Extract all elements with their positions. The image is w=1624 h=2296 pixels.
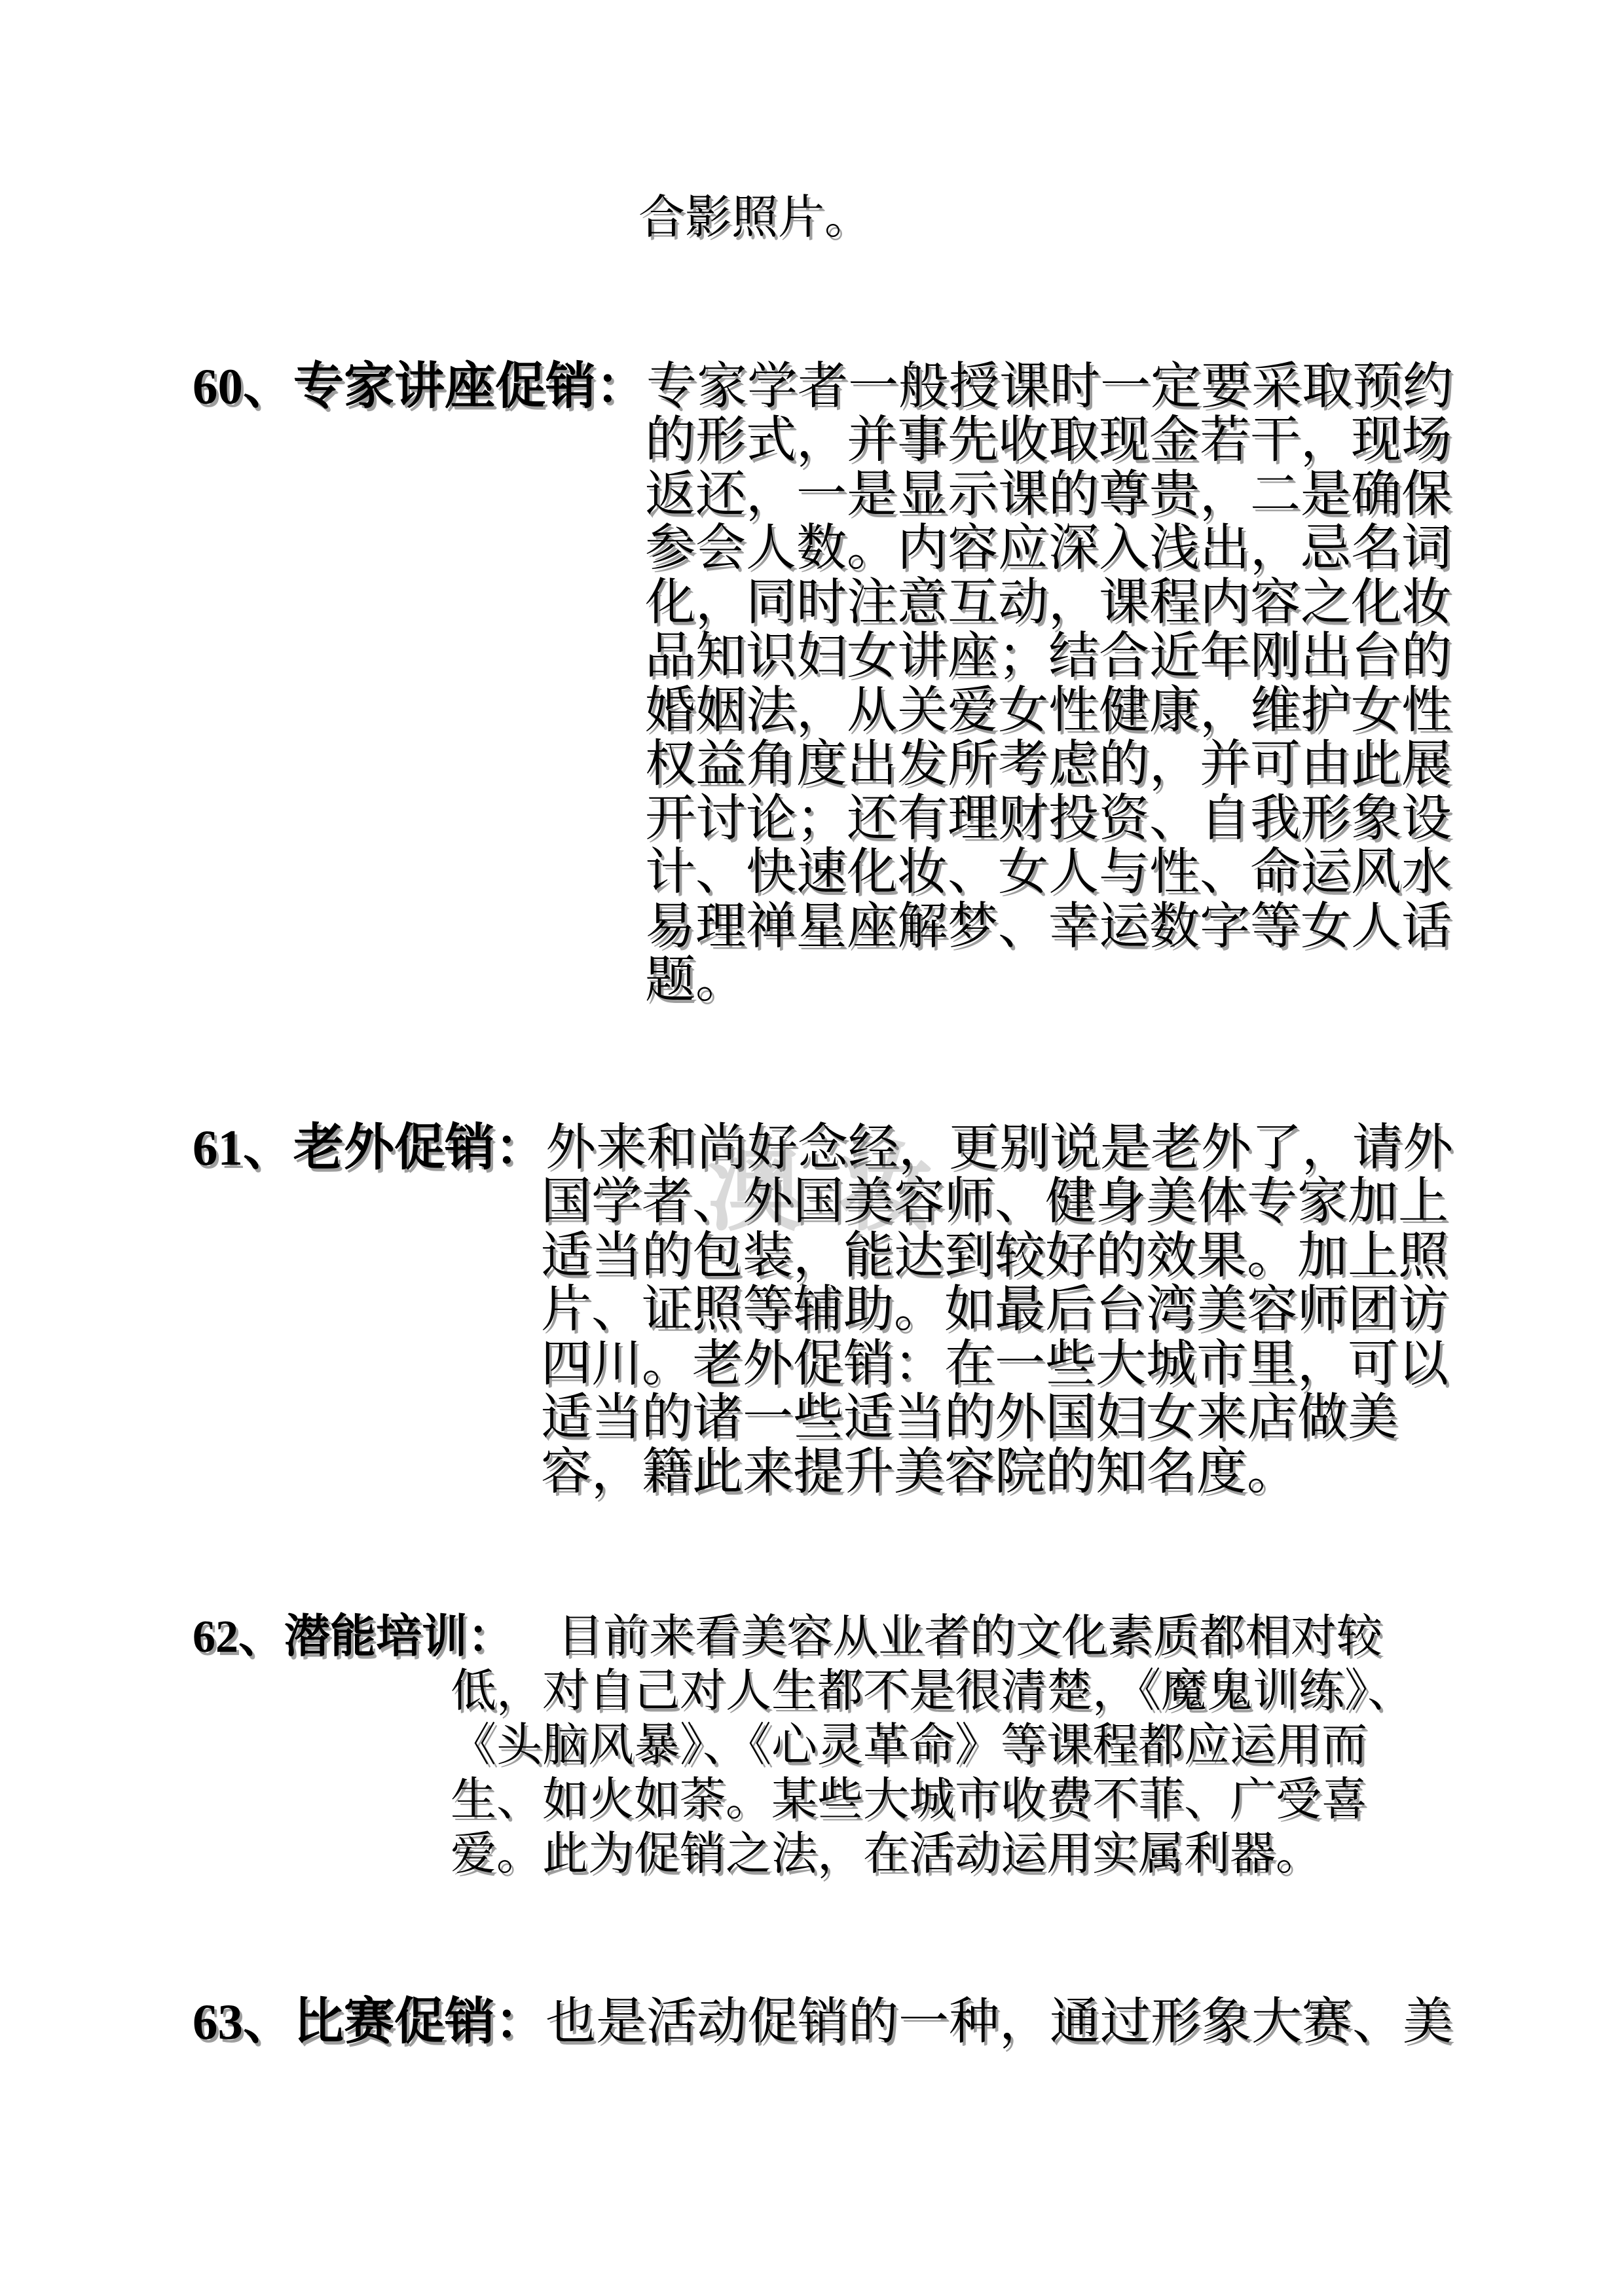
item-60-body-line: 题。 — [645, 955, 746, 1006]
item-60-body-line: 的形式，并事先收取现金若干，现场 — [645, 415, 1452, 465]
item-61-body-line: 适当的包装，能达到较好的效果。加上照 — [541, 1231, 1449, 1281]
item-60-body-line: 专家学者一般授课时一定要采取预约 — [646, 358, 1453, 414]
item-60-body-line: 参会人数。内容应深入浅出，忌名词 — [645, 523, 1452, 574]
item-60-number: 60、 — [193, 358, 293, 414]
item-60-body-line: 权益角度出发所考虑的，并可由此展 — [645, 739, 1452, 790]
item-63-label: 比赛促销： — [293, 1994, 545, 2050]
item-61-body-line: 四川。老外促销：在一些大城市里，可以 — [541, 1339, 1449, 1389]
item-62-body-line: 低，对自己对人生都不是很清楚，《魔鬼训练》、 — [451, 1669, 1413, 1715]
document-page: 澳妆 合影照片。 60、专家讲座促销：专家学者一般授课时一定要采取预约 的形式，… — [0, 0, 1624, 2296]
item-60-body-line: 易理禅星座解梦、幸运数字等女人话 — [645, 902, 1452, 952]
item-62-body-line: 《头脑风暴》、《心灵革命》等课程都应运用而 — [451, 1723, 1367, 1769]
item-62-heading-line: 62、潜能培训：目前来看美容从业者的文化素质都相对较 — [193, 1614, 1382, 1660]
item-60-body-line: 婚姻法，从关爱女性健康，维护女性 — [645, 685, 1452, 736]
item-62-number: 62、 — [193, 1612, 284, 1662]
item-60-body-line: 化，同时注意互动，课程内容之化妆 — [645, 577, 1452, 628]
paragraph-continuation-line: 合影照片。 — [638, 195, 871, 242]
item-63-heading-line: 63、比赛促销：也是活动促销的一种，通过形象大赛、美 — [193, 1997, 1453, 2047]
item-61-body-line: 片、证照等辅助。如最后台湾美容师团访 — [541, 1285, 1449, 1335]
item-61-body-line: 容，籍此来提升美容院的知名度。 — [541, 1447, 1297, 1497]
item-61-body-line: 适当的诸一些适当的外国妇女来店做美 — [541, 1393, 1398, 1443]
item-60-body-line: 计、快速化妆、女人与性、命运风水 — [645, 847, 1452, 898]
item-62-body-line: 目前来看美容从业者的文化素质都相对较 — [557, 1612, 1382, 1662]
item-61-body-line: 外来和尚好念经，更别说是老外了，请外 — [545, 1120, 1453, 1176]
item-62-body-line: 爱。此为促销之法，在活动运用实属利器。 — [451, 1832, 1321, 1878]
item-60-label: 专家讲座促销： — [293, 358, 646, 414]
item-63-number: 63、 — [193, 1994, 293, 2050]
item-61-number: 61、 — [193, 1120, 293, 1176]
item-61-label: 老外促销： — [293, 1120, 545, 1176]
item-61-body-line: 国学者、外国美容师、健身美体专家加上 — [541, 1176, 1449, 1227]
item-62-label: 潜能培训： — [284, 1612, 513, 1662]
item-60-body-line: 品知识妇女讲座；结合近年刚出台的 — [645, 631, 1452, 682]
item-61-heading-line: 61、老外促销：外来和尚好念经，更别说是老外了，请外 — [193, 1123, 1453, 1173]
item-60-heading-line: 60、专家讲座促销：专家学者一般授课时一定要采取预约 — [193, 361, 1453, 412]
item-62-body-line: 生、如火如荼。某些大城市收费不菲、广受喜 — [451, 1777, 1367, 1823]
item-60-body-line: 返还，一是显示课的尊贵，二是确保 — [645, 469, 1452, 520]
item-63-body-line: 也是活动促销的一种，通过形象大赛、美 — [545, 1994, 1453, 2050]
item-60-body-line: 开讨论；还有理财投资、自我形象设 — [645, 793, 1452, 844]
